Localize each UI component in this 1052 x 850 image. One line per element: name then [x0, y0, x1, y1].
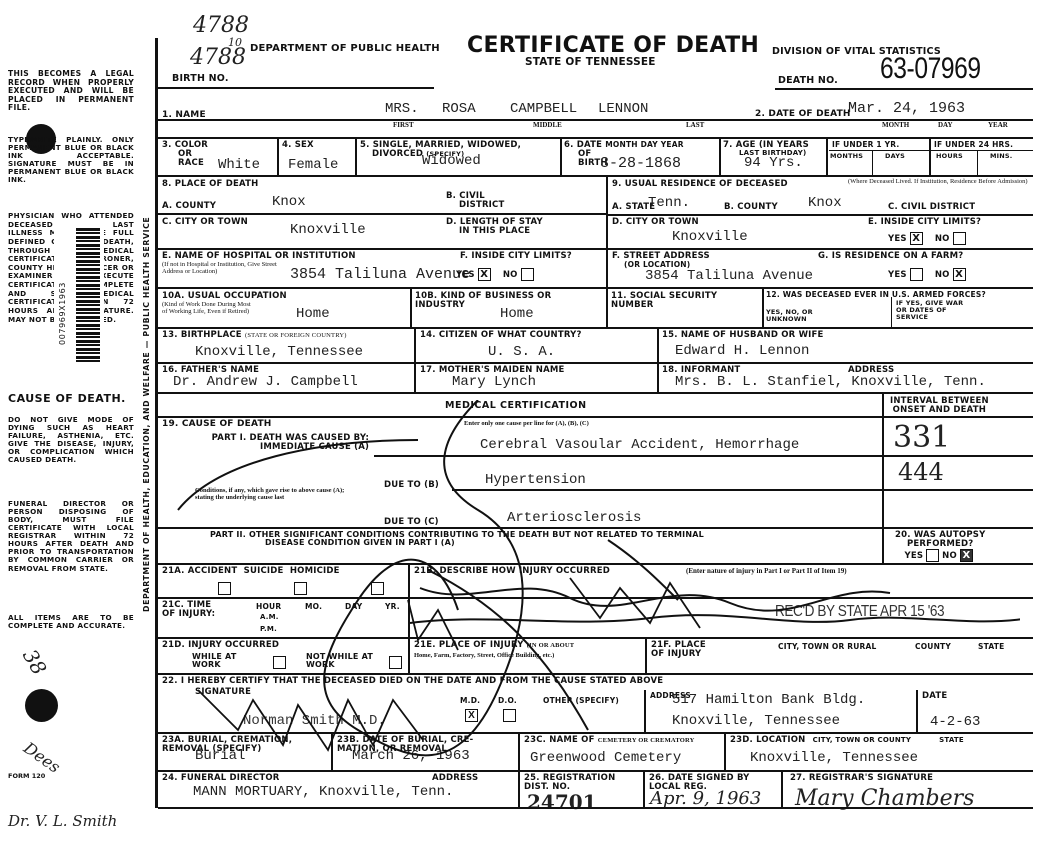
citizen-label: 14. CITIZEN OF WHAT COUNTRY?: [420, 331, 582, 340]
ssn-label: 11. SOCIAL SECURITYNUMBER: [611, 292, 717, 310]
divider: [606, 248, 1033, 250]
death-no-line: [775, 88, 1033, 90]
father-name: Dr. Andrew J. Campbell: [173, 374, 358, 390]
complete-notice: ALL ITEMS ARE TO BE COMPLETE AND ACCURAT…: [8, 614, 134, 630]
res-state: Tenn.: [648, 195, 690, 211]
sex-label: 4. SEX: [282, 141, 314, 150]
barcode: [76, 228, 100, 362]
divider: [158, 248, 606, 250]
divider: [872, 150, 873, 175]
legal-record-notice: THIS BECOMES A LEGAL RECORD WHEN PROPERL…: [8, 70, 134, 113]
cause-notice: DO NOT GIVE MODE OF DYING SUCH AS HEART …: [8, 416, 134, 464]
interval-a: 331: [893, 420, 950, 455]
month-label: MONTH: [882, 122, 909, 129]
age: 94 Yrs.: [744, 155, 803, 171]
name-first: ROSA: [442, 101, 476, 117]
location-label: 23D. LOCATION CITY, TOWN OR COUNTYSTATE: [730, 736, 964, 745]
length-of-stay-label: D. LENGTH OF STAYIN THIS PLACE: [446, 218, 543, 236]
handwritten-birth-no-top: 4788: [193, 13, 249, 38]
spouse: Edward H. Lennon: [675, 343, 809, 359]
divider: [724, 732, 726, 770]
under-1-year-label: IF UNDER 1 YR.: [832, 141, 899, 149]
barcode-text: 007969X1963: [58, 282, 67, 345]
usual-residence-note: (Where Deceased Lived. If Institution, R…: [848, 179, 1028, 186]
city-limits-yes-checkbox[interactable]: X: [478, 268, 491, 281]
divider: [606, 287, 608, 327]
divider: [882, 392, 884, 563]
death-city: Knoxville: [290, 222, 366, 238]
injury-city-label: CITY, TOWN OR RURAL: [778, 643, 877, 651]
mother-name: Mary Lynch: [452, 374, 536, 390]
citizenship: U. S. A.: [488, 344, 555, 360]
injury-county-label: COUNTY: [915, 643, 951, 651]
middle-label: MIDDLE: [533, 122, 562, 129]
divider: [657, 327, 659, 392]
hours-label: HOURS: [936, 153, 963, 160]
under-24-hours-label: IF UNDER 24 HRS.: [934, 141, 1013, 149]
barcode-label: 007969X1963: [54, 220, 104, 370]
res-city-limits: YESX NO: [888, 232, 969, 245]
divider: [560, 137, 562, 175]
divider: [977, 150, 978, 175]
handwritten-number: 38: [18, 645, 52, 679]
place-of-death-label: 8. PLACE OF DEATH: [162, 180, 258, 189]
divider: [916, 690, 918, 732]
vertical-department-text: DEPARTMENT OF HEALTH, EDUCATION, AND WEL…: [142, 217, 151, 612]
farm-yes-checkbox[interactable]: [910, 268, 923, 281]
armed-forces-yes-no-label: YES, NO, OR UNKNOWN: [766, 309, 836, 323]
color-race-label: 3. COLORORRACE: [162, 141, 208, 168]
death-county: Knox: [272, 194, 306, 210]
sex: Female: [288, 157, 338, 173]
bottom-signature: Dr. V. L. Smith: [8, 812, 117, 830]
registrar-signature-label: 27. REGISTRAR'S SIGNATURE: [790, 774, 933, 783]
divider: [829, 150, 1033, 151]
death-number: 63-07969: [880, 52, 981, 86]
divider: [719, 137, 721, 175]
occupation-note: (Kind of Work Done During Most of Workin…: [162, 302, 254, 315]
typewrite-notice: TYPEWRITE PLAINLY. ONLY PERMANENT BLUE O…: [8, 136, 134, 184]
armed-forces-label: 12. WAS DECEASED EVER IN U.S. ARMED FORC…: [766, 291, 986, 299]
death-no-label: DEATH NO.: [778, 76, 838, 86]
form-number: FORM 120: [8, 772, 45, 780]
street-address-label: F. STREET ADDRESS(OR LOCATION): [612, 252, 710, 269]
birth-no-line: [158, 87, 434, 89]
department-label: DEPARTMENT OF PUBLIC HEALTH: [250, 44, 440, 55]
city-limits-no-checkbox[interactable]: [521, 268, 534, 281]
row-divider-2: [158, 175, 1033, 177]
inside-city-limits-label: F. INSIDE CITY LIMITS?: [460, 252, 572, 261]
burial-location: Knoxville, Tennessee: [750, 750, 918, 766]
civil-district-label: B. CIVILDISTRICT: [446, 192, 504, 210]
spouse-label: 15. NAME OF HUSBAND OR WIFE: [662, 331, 824, 340]
row-divider-1: [158, 137, 1033, 139]
usual-residence-label: 9. USUAL RESIDENCE OF DECEASED: [612, 180, 788, 189]
res-county: Knox: [808, 195, 842, 211]
certify-date-label: DATE: [922, 692, 947, 701]
cause-heading: CAUSE OF DEATH.: [8, 392, 126, 405]
divider: [355, 137, 357, 175]
row-divider-5: [158, 392, 1033, 394]
birthplace-label: 13. BIRTHPLACE (State or Foreign Country…: [162, 331, 347, 340]
res-inside-limits-label: E. INSIDE CITY LIMITS?: [868, 218, 981, 227]
hospital-note: (If not in Hospital or Institution, Give…: [162, 262, 286, 275]
day-label: DAY: [938, 122, 953, 129]
name-underline: [158, 119, 1033, 121]
birthplace: Knoxville, Tennessee: [195, 344, 363, 360]
birth-no-label: BIRTH NO.: [172, 74, 229, 84]
months-label: MONTHS: [830, 153, 863, 160]
hospital-label: E. NAME OF HOSPITAL OR INSTITUTION: [162, 252, 356, 261]
divider: [929, 137, 931, 175]
date-of-death: Mar. 24, 1963: [848, 100, 965, 117]
armed-forces-dates-label: IF YES, GIVE WAR OR DATES OF SERVICE: [896, 300, 976, 320]
certify-date: 4-2-63: [930, 714, 980, 730]
divider: [277, 137, 279, 175]
divider: [826, 137, 828, 175]
res-limits-yes-checkbox[interactable]: X: [910, 232, 923, 245]
res-limits-no-checkbox[interactable]: [953, 232, 966, 245]
days-label: DAYS: [885, 153, 905, 160]
punch-hole-lower: [25, 689, 58, 722]
business: Home: [500, 306, 534, 322]
date-of-birth: 3-28-1868: [600, 155, 681, 172]
mins-label: MINS.: [990, 153, 1012, 160]
funeral-notice: FUNERAL DIRECTOR OR PERSON DISPOSING OF …: [8, 500, 134, 573]
occupation-label: 10A. USUAL OCCUPATION: [162, 292, 287, 301]
autopsy-no-checkbox[interactable]: X: [960, 549, 973, 562]
res-city-label: D. CITY OR TOWN: [612, 218, 699, 227]
farm-no-checkbox[interactable]: X: [953, 268, 966, 281]
res-county-label: B. COUNTY: [724, 203, 778, 212]
color-race: White: [218, 157, 260, 173]
certificate-title: CERTIFICATE OF DEATH: [467, 33, 759, 58]
interval-b: 444: [898, 458, 944, 486]
death-city-limits: YESX NO: [456, 268, 537, 281]
year-label: YEAR: [988, 122, 1008, 129]
handwritten-birth-no: 4788: [190, 45, 246, 70]
name-prefix: MRS.: [385, 101, 419, 117]
occupation: Home: [296, 306, 330, 322]
farm-choice: YES NOX: [888, 268, 969, 281]
informant: Mrs. B. L. Stanfiel, Knoxville, Tenn.: [675, 374, 986, 390]
handwritten-initials: Dees: [20, 738, 64, 776]
name-last: LENNON: [598, 101, 648, 117]
hospital-address: 3854 Taliluna Avenue: [290, 266, 470, 283]
injury-crossout-scrawl: [410, 568, 1020, 638]
row-divider-4: [158, 327, 1033, 329]
divider: [606, 214, 1033, 216]
divider: [606, 175, 608, 287]
last-label: LAST: [686, 122, 704, 129]
autopsy-label: 20. WAS AUTOPSYPERFORMED? YESNOX: [895, 531, 985, 562]
street-address: 3854 Taliluna Avenue: [645, 268, 813, 284]
city-label: C. CITY OR TOWN: [162, 218, 248, 227]
name-middle: CAMPBELL: [510, 101, 577, 117]
marital-status: Widowed: [422, 153, 481, 169]
row-divider-3: [158, 287, 1033, 289]
divider: [410, 287, 412, 327]
res-city: Knoxville: [672, 229, 748, 245]
county-label: A. COUNTY: [162, 202, 216, 211]
autopsy-yes-checkbox[interactable]: [926, 549, 939, 562]
divider: [158, 213, 606, 215]
injury-state-label: STATE: [978, 643, 1004, 651]
divider: [414, 327, 416, 392]
divider: [158, 362, 1033, 364]
divider: [781, 770, 783, 808]
first-label: FIRST: [393, 122, 414, 129]
divider: [762, 287, 764, 327]
divider: [891, 297, 892, 327]
res-civil-district-label: C. CIVIL DISTRICT: [888, 203, 975, 212]
interval-label: INTERVAL BETWEENONSET AND DEATH: [890, 397, 989, 415]
state-label: STATE OF TENNESSEE: [525, 57, 656, 68]
farm-label: G. IS RESIDENCE ON A FARM?: [818, 252, 963, 261]
